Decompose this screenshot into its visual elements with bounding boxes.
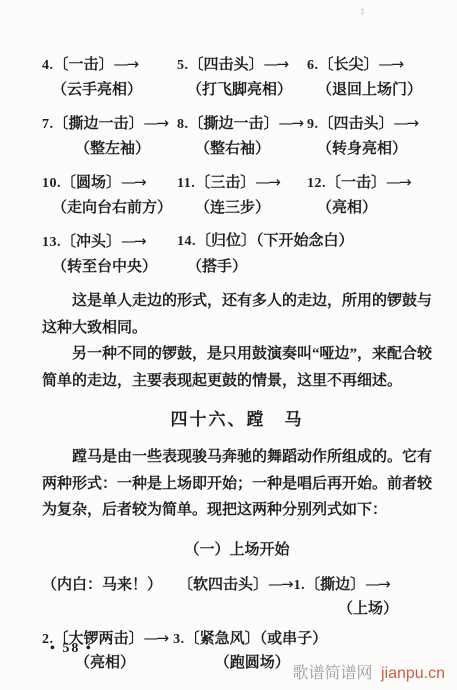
item-number: 9.	[307, 117, 319, 132]
item-label: 〔三击〕	[195, 175, 255, 191]
sequence-row: 7.〔撕边一击〕—→ 8.〔撕边一击〕—→ 9.〔四击头〕—→ （整左袖） （整…	[42, 111, 432, 162]
sequence-row: 13.〔冲头〕—→ 14.〔归位〕（下开始念白） （转至台中央） （搭手）	[42, 229, 432, 280]
sequence-item: 3.〔紧急风〕（或串子）	[173, 627, 327, 652]
item-number: 5.	[177, 58, 189, 73]
arrow-right-icon: —→	[121, 232, 145, 250]
sequence-row: 4.〔一击〕—→ 5.〔四击头〕—→ 6.〔长尖〕—→ （云手亮相） （打飞脚亮…	[42, 52, 432, 103]
item-suffix: （或串子）	[260, 631, 328, 647]
item-label: 〔冲头〕	[61, 234, 121, 250]
item-number: 14.	[177, 234, 196, 249]
item-label: 〔四击头〕	[189, 57, 264, 73]
section-title: 四十六、蹚 马	[42, 405, 432, 430]
item-note: （走向台右前方）	[52, 196, 172, 221]
sequence-item: 5.〔四击头〕—→	[177, 52, 307, 78]
item-note: （跑圆场）	[215, 652, 290, 674]
watermark: 歌谱简谱网 jianpu.cn	[292, 660, 445, 683]
paragraph-yabian: 另一种不同的锣鼓，是只用鼓演奏叫“哑边”，来配合较简单的走边，主要表现起更鼓的情…	[42, 341, 432, 394]
item-number: 4.	[42, 58, 54, 73]
opening-line-1: （内白：马来！） 〔软四击头〕—→ 1.〔撕边〕—→	[42, 572, 432, 598]
item-label: 〔一击〕	[54, 57, 114, 73]
sequence-item: 9.〔四击头〕—→	[307, 111, 432, 137]
item-label: 〔软四击头〕	[178, 577, 268, 593]
sequence-item: 8.〔撕边一击〕—→	[177, 111, 307, 137]
arrow-right-icon: —→	[144, 114, 168, 132]
watermark-site-url: jianpu.cn	[381, 665, 445, 682]
paragraph-danren-zoubian: 这是单人走边的形式，还有多人的走边，所用的锣鼓与这种大致相同。	[42, 288, 432, 341]
item-label: 〔紧急风〕	[185, 631, 260, 647]
item-note: （转身亮相）	[317, 137, 407, 162]
item-number: 13.	[42, 235, 61, 250]
item-suffix: （下开始念白）	[256, 233, 354, 249]
page-number: • 58 •	[50, 641, 93, 657]
arrow-right-icon: —→	[386, 173, 410, 191]
item-label: 〔撕边一击〕	[189, 116, 279, 132]
arrow-right-icon: —→	[144, 629, 168, 647]
opening-sequence: （内白：马来！） 〔软四击头〕—→ 1.〔撕边〕—→ （上场） 2.〔大锣两击〕…	[42, 572, 432, 674]
item-label: 〔长尖〕	[319, 57, 379, 73]
sequence-item: 11.〔三击〕—→	[177, 170, 307, 196]
sequence-item: 12.〔一击〕—→	[307, 170, 432, 196]
sequence-row: 10.〔圆场〕—→ 11.〔三击〕—→ 12.〔一击〕—→ （走向台右前方） （…	[42, 170, 432, 221]
item-note: （整右袖）	[195, 137, 270, 162]
arrow-right-icon: —→	[268, 575, 292, 593]
sequence-item: 〔软四击头〕—→	[178, 572, 292, 597]
item-note: （打飞脚亮相）	[187, 78, 292, 103]
arrow-right-icon: —→	[365, 575, 389, 593]
paragraph-tangma-intro: 蹚马是由一些表现骏马奔驰的舞蹈动作所组成的。它有两种形式：一种是上场即开始；一种…	[42, 444, 432, 524]
item-number: 8.	[177, 117, 189, 132]
item-label: 〔撕边一击〕	[54, 116, 144, 132]
book-page: ‡ 4.〔一击〕—→ 5.〔四击头〕—→ 6.〔长尖〕—→ （云手亮相） （打飞…	[0, 0, 457, 690]
item-number: 3.	[173, 632, 185, 647]
item-label: 〔一击〕	[326, 175, 386, 191]
arrow-right-icon: —→	[264, 55, 288, 73]
sequence-item: 7.〔撕边一击〕—→	[42, 111, 177, 137]
arrow-right-icon: —→	[279, 114, 303, 132]
item-note: （转至台中央）	[52, 255, 157, 280]
item-label: 〔圆场〕	[61, 175, 121, 191]
sequence-item: 14.〔归位〕（下开始念白）	[177, 229, 432, 255]
item-label: 〔归位〕	[196, 233, 256, 249]
scan-artifact: ‡	[361, 6, 366, 16]
arrow-right-icon: —→	[379, 55, 403, 73]
item-note: （整左袖）	[75, 137, 150, 162]
opening-note-line-1: （上场）	[42, 598, 432, 620]
sequence-item: 6.〔长尖〕—→	[307, 52, 432, 78]
item-note: （连三步）	[195, 196, 270, 221]
subsection-title: （一）上场开始	[42, 538, 432, 559]
sequence-item: 1.〔撕边〕—→	[294, 572, 389, 598]
sequence-item: 10.〔圆场〕—→	[42, 170, 177, 196]
item-number: 7.	[42, 117, 54, 132]
item-number: 12.	[307, 176, 326, 191]
item-label: 〔四击头〕	[319, 116, 394, 132]
opening-line-2: 2.〔大锣两击〕—→ 3.〔紧急风〕（或串子）	[42, 626, 432, 652]
sequence-item: 13.〔冲头〕—→	[42, 229, 177, 255]
item-number: 10.	[42, 176, 61, 191]
item-number: 1.	[294, 578, 306, 593]
item-note: （云手亮相）	[52, 78, 142, 103]
item-note: （退回上场门）	[317, 78, 422, 103]
item-number: 11.	[177, 176, 195, 191]
arrow-right-icon: —→	[394, 114, 418, 132]
item-number: 6.	[307, 58, 319, 73]
sequence-item: 4.〔一击〕—→	[42, 52, 177, 78]
item-note: （上场）	[338, 598, 398, 620]
item-note: （亮相）	[317, 196, 377, 221]
inner-white-cue: （内白：马来！）	[42, 573, 162, 597]
arrow-right-icon: —→	[255, 173, 279, 191]
item-note: （搭手）	[187, 255, 247, 280]
watermark-site-name: 歌谱简谱网	[292, 665, 372, 682]
arrow-right-icon: —→	[114, 55, 138, 73]
item-label: 〔撕边〕	[305, 577, 365, 593]
arrow-right-icon: —→	[121, 173, 145, 191]
